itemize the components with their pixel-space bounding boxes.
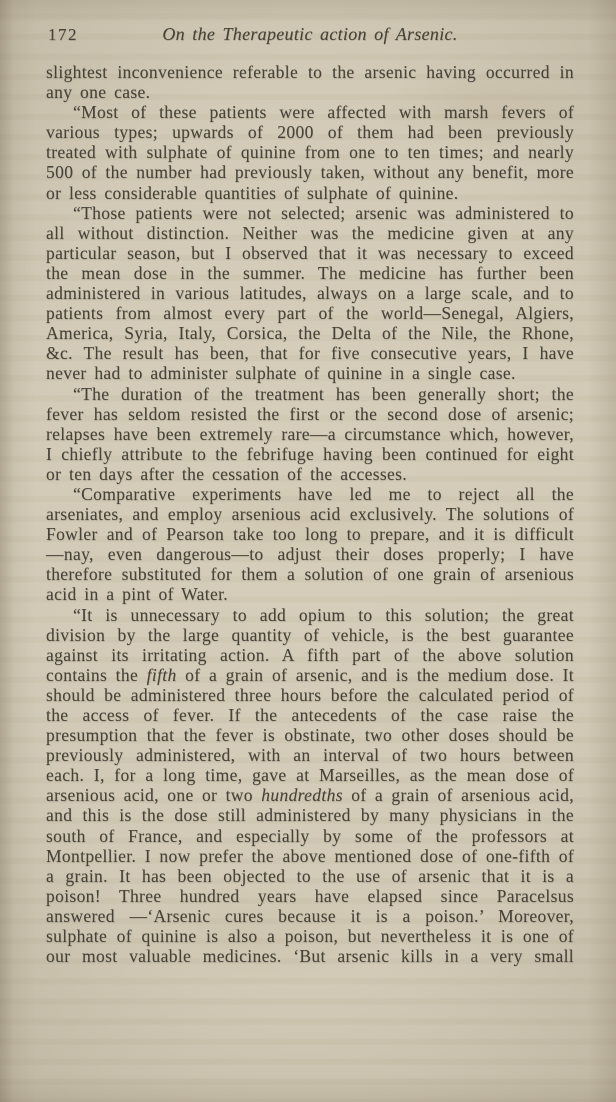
page-number: 172 <box>48 25 78 45</box>
paragraph: “Comparative experiments have led me to … <box>46 484 574 605</box>
paragraph: slightest inconvenience referable to the… <box>46 62 574 102</box>
paragraph: “Those patients were not selected; arsen… <box>46 203 574 384</box>
text-run: of a grain of arsenic, and is the medium… <box>46 665 574 806</box>
paragraph: “Most of these patients were affected wi… <box>46 102 574 202</box>
paragraph: “The duration of the treatment has been … <box>46 384 574 484</box>
page-header: 172 On the Therapeutic action of Arsenic… <box>48 24 572 48</box>
scanned-page: 172 On the Therapeutic action of Arsenic… <box>0 0 616 1102</box>
page-body: slightest inconvenience referable to the… <box>46 62 574 966</box>
paragraph: “It is unnecessary to add opium to this … <box>46 605 574 967</box>
running-title: On the Therapeutic action of Arsenic. <box>48 24 572 45</box>
text-run: “Those patients were not selected; arsen… <box>46 203 574 384</box>
text-run: of a grain of arsenious acid, and this i… <box>46 785 574 966</box>
italic-text: hundredths <box>261 785 343 805</box>
text-run: “Most of these patients were affected wi… <box>46 102 574 202</box>
text-run: “Comparative experiments have led me to … <box>46 484 574 604</box>
italic-text: fifth <box>147 665 177 685</box>
text-run: “The duration of the treatment has been … <box>46 384 574 484</box>
text-run: slightest inconvenience referable to the… <box>46 62 574 102</box>
